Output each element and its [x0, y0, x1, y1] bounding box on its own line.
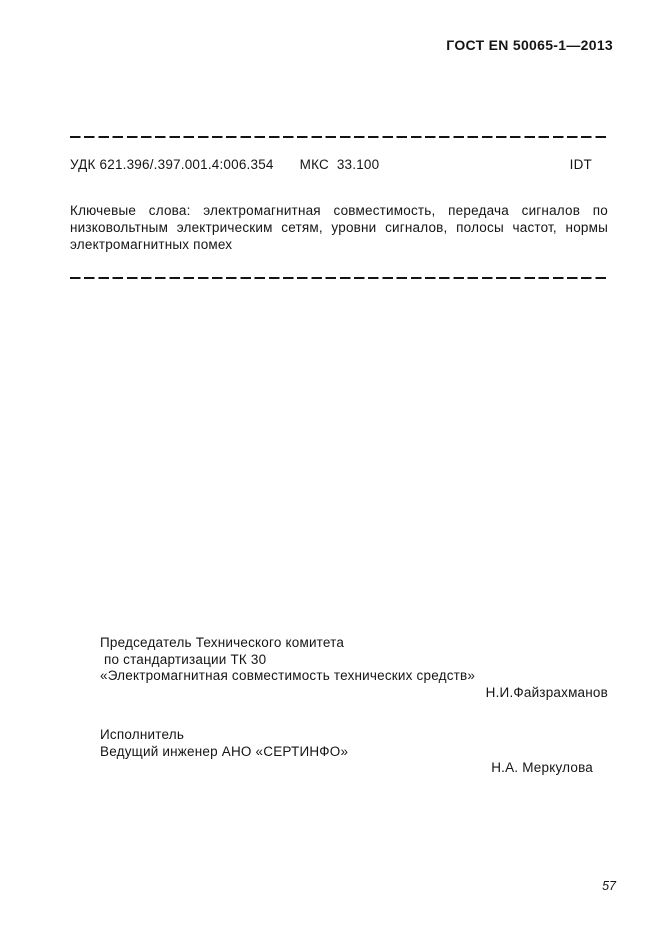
separator-dashed-line-top: [70, 136, 608, 138]
chairman-title-line: Председатель Технического комитета: [100, 635, 608, 652]
document-page: ГОСТ EN 50065-1—2013 УДК 621.396/.397.00…: [0, 0, 661, 935]
page-number: 57: [602, 879, 616, 893]
executor-signature-block: Исполнитель Ведущий инженер АНО «СЕРТИНФ…: [100, 727, 608, 777]
document-standard-designation: ГОСТ EN 50065-1—2013: [446, 37, 613, 53]
chairman-name: Н.И.Файзрахманов: [100, 685, 608, 702]
classification-row: УДК 621.396/.397.001.4:006.354 МКС 33.10…: [70, 157, 608, 172]
chairman-committee-line: по стандартизации ТК 30: [100, 652, 608, 669]
executor-position-line: Ведущий инженер АНО «СЕРТИНФО»: [100, 744, 608, 761]
idt-label: IDT: [570, 157, 592, 172]
keywords-line: Ключевые слова: электромагнитная совмест…: [70, 202, 608, 219]
udk-code: УДК 621.396/.397.001.4:006.354: [70, 157, 274, 172]
chairman-signature-block: Председатель Технического комитета по ст…: [100, 635, 608, 701]
keywords-line: электромагнитных помех: [70, 236, 608, 253]
chairman-committee-name-line: «Электромагнитная совместимость техничес…: [100, 668, 608, 685]
keywords-line: низковольтным электрическим сетям, уровн…: [70, 219, 608, 236]
mks-code: МКС 33.100: [300, 157, 380, 172]
executor-name: Н.А. Меркулова: [100, 760, 608, 777]
keywords-paragraph: Ключевые слова: электромагнитная совмест…: [70, 202, 608, 253]
separator-dashed-line-bottom: [70, 277, 608, 279]
executor-role-line: Исполнитель: [100, 727, 608, 744]
